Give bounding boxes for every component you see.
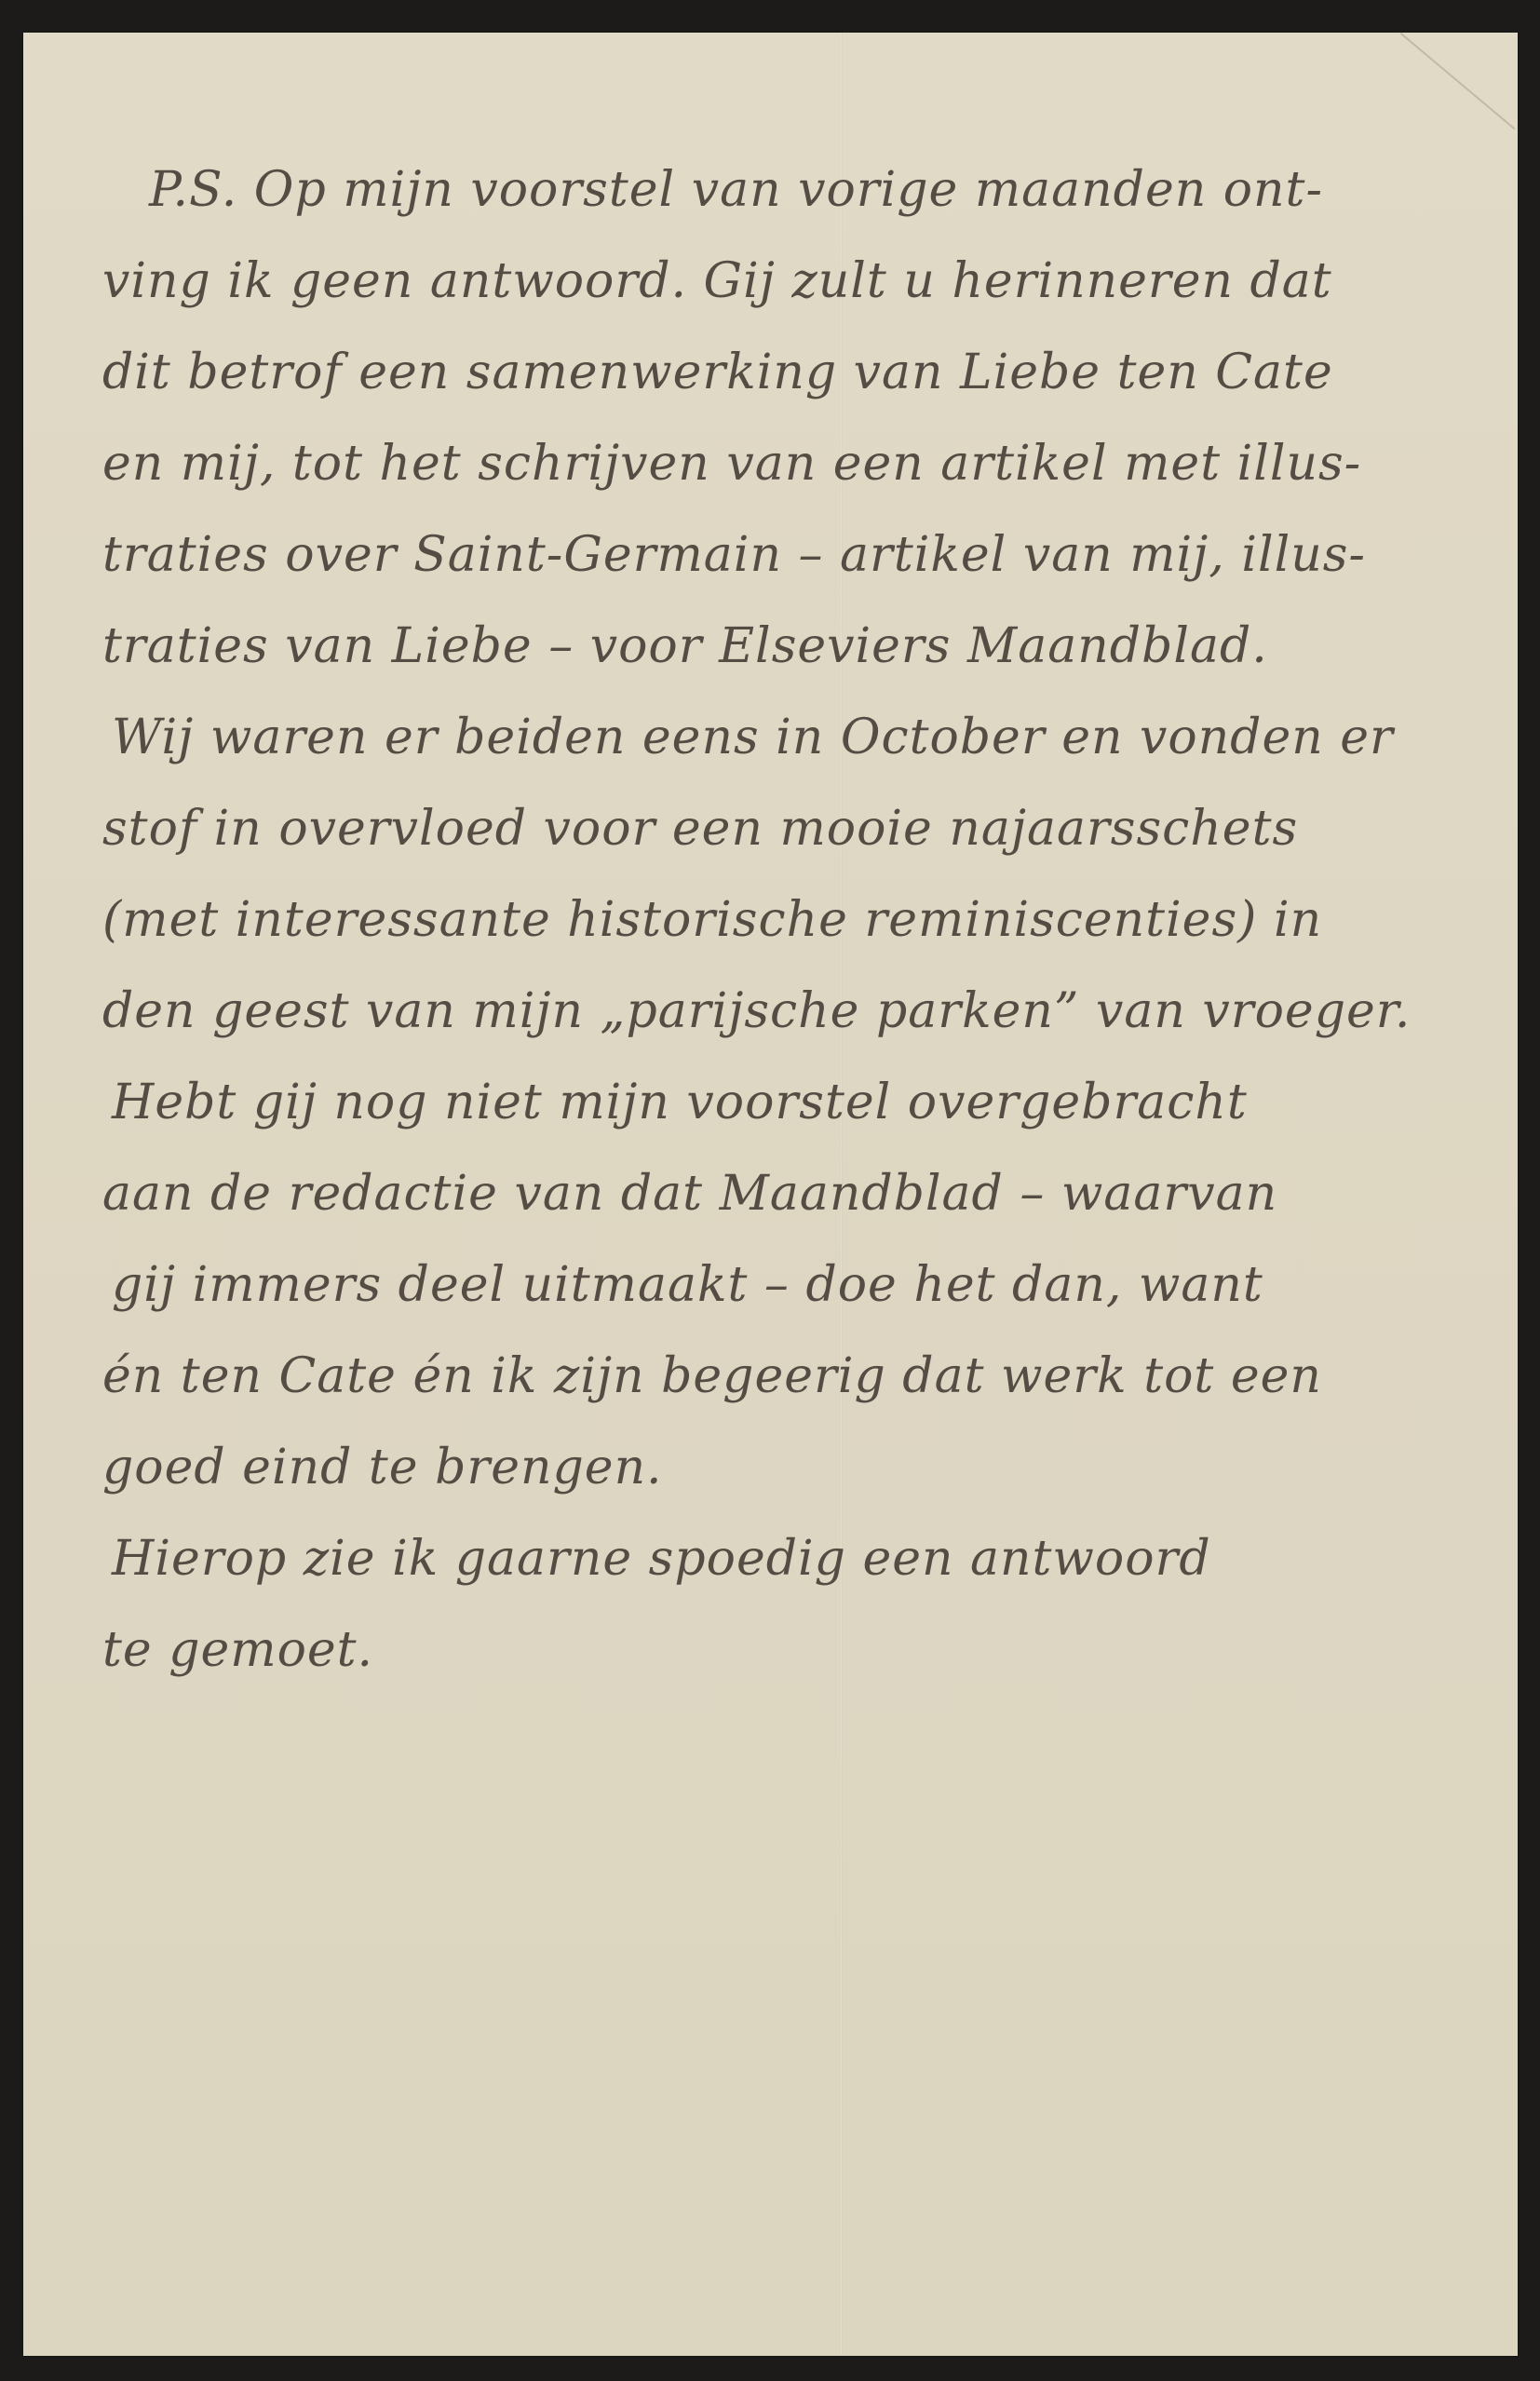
handwritten-text-body: P.S. Op mijn voorstel van vorige maanden…	[102, 144, 1462, 1696]
handwritten-line: goed eind te brengen.	[102, 1422, 1462, 1513]
handwritten-line: dit betrof een samenwerking van Liebe te…	[102, 327, 1462, 418]
handwritten-line: te gemoet.	[102, 1604, 1462, 1696]
handwritten-line: Wij waren er beiden eens in October en v…	[102, 692, 1462, 783]
handwritten-line: traties van Liebe – voor Elseviers Maand…	[102, 601, 1462, 692]
handwritten-line: gij immers deel uitmaakt – doe het dan, …	[102, 1239, 1462, 1331]
handwritten-line: en mij, tot het schrijven van een artike…	[102, 418, 1462, 509]
handwritten-line: én ten Cate én ik zijn begeerig dat werk…	[102, 1331, 1462, 1422]
scan-background: P.S. Op mijn voorstel van vorige maanden…	[0, 0, 1540, 2381]
handwritten-line: P.S. Op mijn voorstel van vorige maanden…	[102, 144, 1462, 236]
handwritten-line: ving ik geen antwoord. Gij zult u herinn…	[102, 236, 1462, 327]
handwritten-line: stof in overvloed voor een mooie najaars…	[102, 783, 1462, 874]
handwritten-line: Hierop zie ik gaarne spoedig een antwoor…	[102, 1513, 1462, 1604]
handwritten-line: aan de redactie van dat Maandblad – waar…	[102, 1148, 1462, 1239]
handwritten-line: Hebt gij nog niet mijn voorstel overgebr…	[102, 1057, 1462, 1148]
paper-crease	[1400, 33, 1516, 129]
handwritten-line: (met interessante historische reminiscen…	[102, 874, 1462, 966]
handwritten-line: traties over Saint-Germain – artikel van…	[102, 509, 1462, 601]
letter-page: P.S. Op mijn voorstel van vorige maanden…	[23, 33, 1518, 2356]
handwritten-line: den geest van mijn „parijsche parken” va…	[102, 966, 1462, 1057]
